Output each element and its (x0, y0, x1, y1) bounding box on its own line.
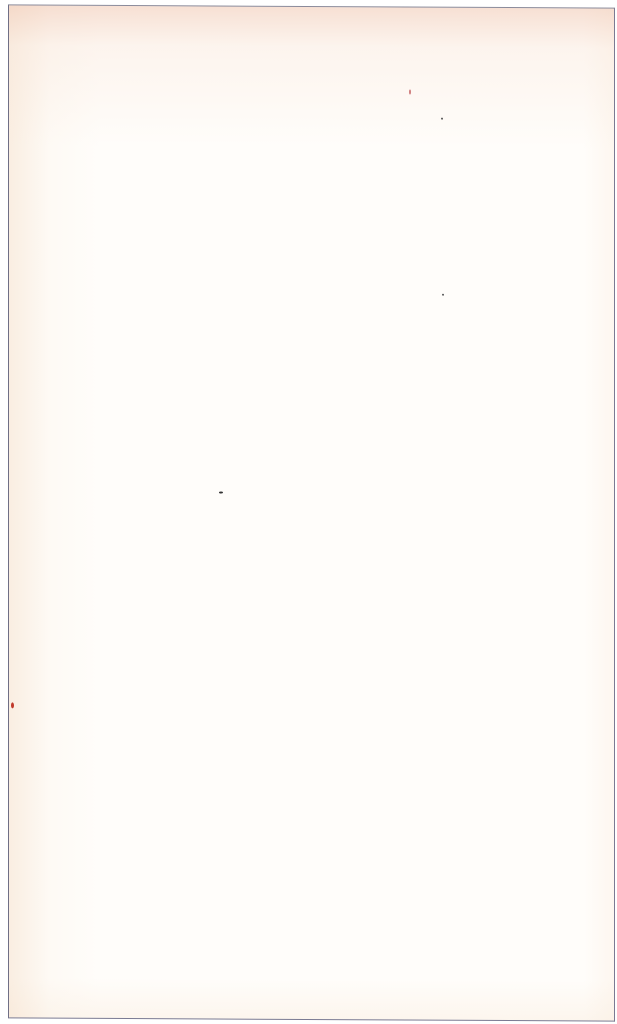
dust-speck (11, 702, 14, 708)
dust-speck (409, 90, 411, 95)
dust-speck (442, 294, 444, 296)
dust-speck (441, 118, 443, 120)
dust-speck (219, 492, 223, 494)
blank-page (8, 4, 615, 1021)
